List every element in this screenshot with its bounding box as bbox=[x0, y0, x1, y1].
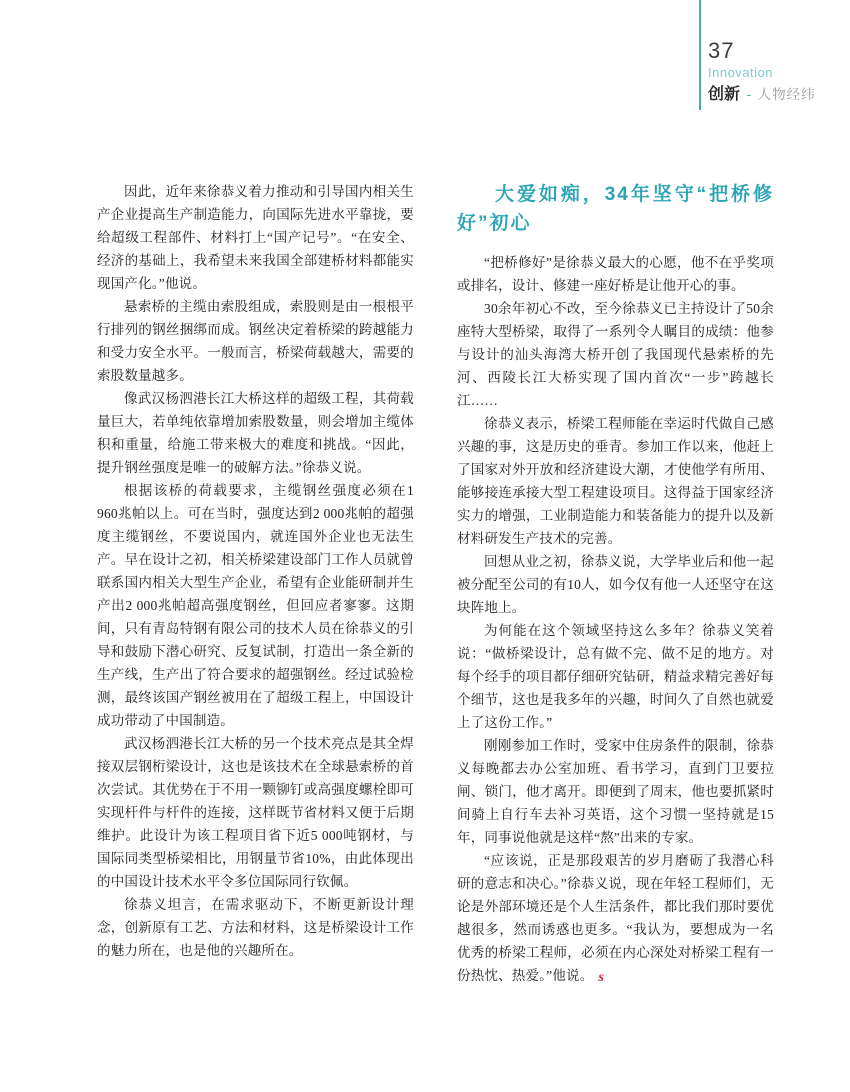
section-subtitle: 人物经纬 bbox=[758, 87, 816, 102]
paragraph: 武汉杨泗港长江大桥的另一个技术亮点是其全焊接双层钢桁梁设计，这也是该技术在全球悬… bbox=[97, 732, 414, 893]
page-number: 37 bbox=[708, 38, 816, 64]
paragraph-text: “应该说，正是那段艰苦的岁月磨砺了我潜心科研的意志和决心。”徐恭义说，现在年轻工… bbox=[457, 853, 774, 983]
paragraph: 徐恭义表示，桥梁工程师能在幸运时代做自己感兴趣的事，这是历史的垂青。参加工作以来… bbox=[457, 412, 774, 550]
paragraph: 悬索桥的主缆由索股组成，索股则是由一根根平行排列的钢丝捆绑而成。钢丝决定着桥梁的… bbox=[97, 295, 414, 387]
paragraph: 为何能在这个领域坚持这么多年？徐恭义笑着说：“做桥梁设计，总有做不完、做不足的地… bbox=[457, 619, 774, 734]
paragraph: 因此，近年来徐恭义着力推动和引导国内相关生产企业提高生产制造能力，向国际先进水平… bbox=[97, 180, 414, 295]
paragraph: 30余年初心不改，至今徐恭义已主持设计了50余座特大型桥梁，取得了一系列令人瞩目… bbox=[457, 297, 774, 412]
section-heading: 大爱如痴，34年坚守“把桥修好”初心 bbox=[457, 180, 774, 238]
article-left-column: 因此，近年来徐恭义着力推动和引导国内相关生产企业提高生产制造能力，向国际先进水平… bbox=[97, 180, 414, 962]
section-title-divider: - bbox=[744, 86, 753, 102]
article-end-mark-icon: s bbox=[598, 971, 604, 985]
paragraph: “把桥修好”是徐恭义最大的心愿，他不在乎奖项或排名，设计、修建一座好桥是让他开心… bbox=[457, 251, 774, 297]
page-header: 37 Innovation 创新 - 人物经纬 bbox=[708, 38, 816, 107]
paragraph: 徐恭义坦言，在需求驱动下，不断更新设计理念，创新原有工艺、方法和材料，这是桥梁设… bbox=[97, 893, 414, 962]
header-vertical-rule bbox=[699, 0, 701, 110]
paragraph: 根据该桥的荷载要求，主缆钢丝强度必须在1 960兆帕以上。可在当时，强度达到2 … bbox=[97, 479, 414, 732]
section-title-cn: 创新 bbox=[708, 86, 740, 103]
article-right-column: 大爱如痴，34年坚守“把桥修好”初心 “把桥修好”是徐恭义最大的心愿，他不在乎奖… bbox=[457, 180, 774, 987]
section-label-en: Innovation bbox=[708, 64, 816, 82]
paragraph: 回想从业之初，徐恭义说，大学毕业后和他一起被分配至公司的有10人，如今仅有他一人… bbox=[457, 550, 774, 619]
paragraph: 像武汉杨泗港长江大桥这样的超级工程，其荷载量巨大，若单纯依靠增加索股数量，则会增… bbox=[97, 387, 414, 479]
paragraph: “应该说，正是那段艰苦的岁月磨砺了我潜心科研的意志和决心。”徐恭义说，现在年轻工… bbox=[457, 849, 774, 987]
section-title: 创新 - 人物经纬 bbox=[708, 82, 816, 107]
paragraph: 刚刚参加工作时，受家中住房条件的限制，徐恭义每晚都去办公室加班、看书学习，直到门… bbox=[457, 734, 774, 849]
magazine-page: 37 Innovation 创新 - 人物经纬 因此，近年来徐恭义着力推动和引导… bbox=[0, 0, 850, 1092]
